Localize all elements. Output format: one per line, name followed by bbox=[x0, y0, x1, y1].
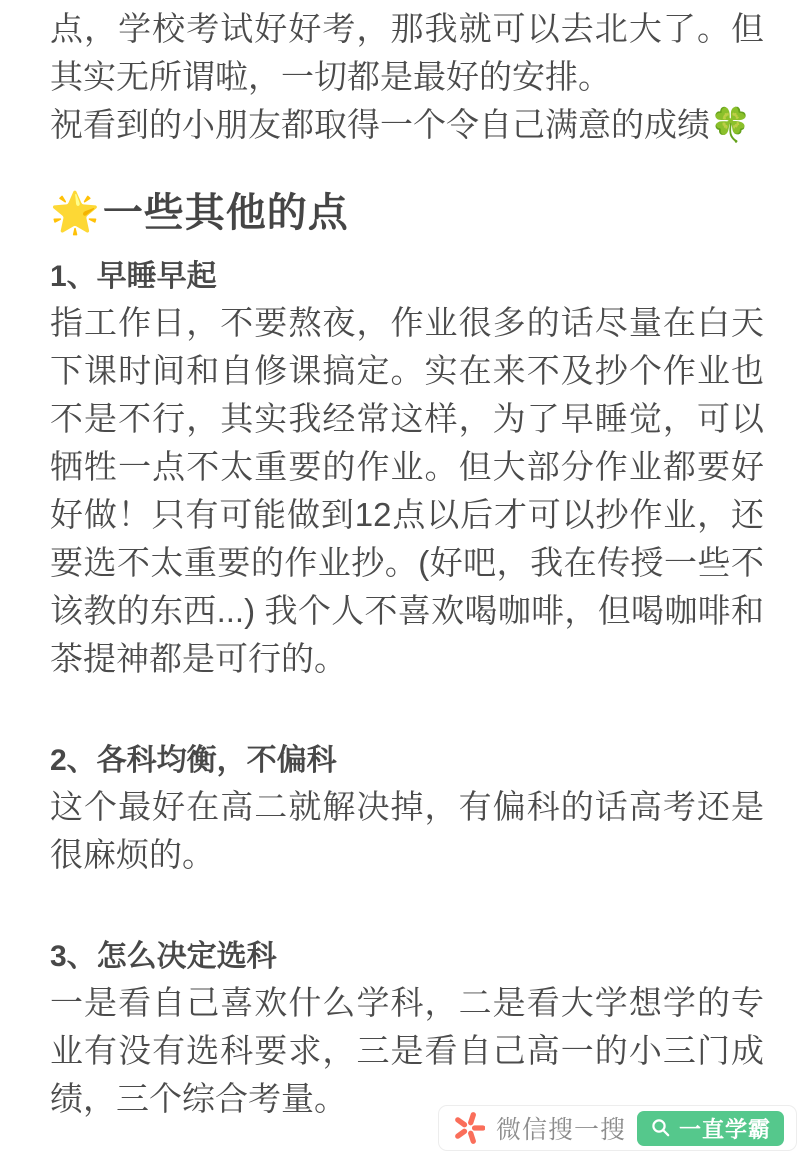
magnifier-icon bbox=[650, 1117, 672, 1139]
wechat-search-watermark: 微信搜一搜 一直学霸 bbox=[438, 1105, 797, 1151]
section-subject-selection: 3、怎么决定选科 一是看自己喜欢什么学科，二是看大学想学的专业有没有选科要求，三… bbox=[50, 935, 764, 1123]
search-tag-button[interactable]: 一直学霸 bbox=[637, 1111, 784, 1146]
section-title-3: 3、怎么决定选科 bbox=[50, 935, 764, 979]
section-body-1: 指工作日，不要熬夜，作业很多的话尽量在白天下课时间和自修课搞定。实在来不及抄个作… bbox=[50, 299, 764, 683]
section-body-3: 一是看自己喜欢什么学科，二是看大学想学的专业有没有选科要求，三是看自己高一的小三… bbox=[50, 979, 764, 1123]
section-body-2: 这个最好在高二就解决掉，有偏科的话高考还是很麻烦的。 bbox=[50, 783, 764, 879]
wechat-soso-icon bbox=[453, 1112, 485, 1144]
page-title-text: 一些其他的点 bbox=[103, 191, 349, 235]
glowing-star-icon: 🌟 bbox=[50, 191, 101, 235]
section-title-1: 1、早睡早起 bbox=[50, 255, 764, 299]
article-content: 点，学校考试好好考，那我就可以去北大了。但其实无所谓啦，一切都是最好的安排。 祝… bbox=[0, 0, 800, 1123]
section-title-2: 2、各科均衡，不偏科 bbox=[50, 739, 764, 783]
search-tag-label: 一直学霸 bbox=[679, 1113, 771, 1144]
section-early-sleep: 1、早睡早起 指工作日，不要熬夜，作业很多的话尽量在白天下课时间和自修课搞定。实… bbox=[50, 255, 764, 683]
intro-wish-line: 祝看到的小朋友都取得一个令自己满意的成绩🍀 bbox=[50, 101, 764, 149]
page-title: 🌟一些其他的点 bbox=[50, 187, 764, 239]
wechat-search-label: 微信搜一搜 bbox=[496, 1110, 626, 1146]
section-balanced-subjects: 2、各科均衡，不偏科 这个最好在高二就解决掉，有偏科的话高考还是很麻烦的。 bbox=[50, 739, 764, 879]
intro-paragraph: 点，学校考试好好考，那我就可以去北大了。但其实无所谓啦，一切都是最好的安排。 bbox=[50, 5, 764, 101]
